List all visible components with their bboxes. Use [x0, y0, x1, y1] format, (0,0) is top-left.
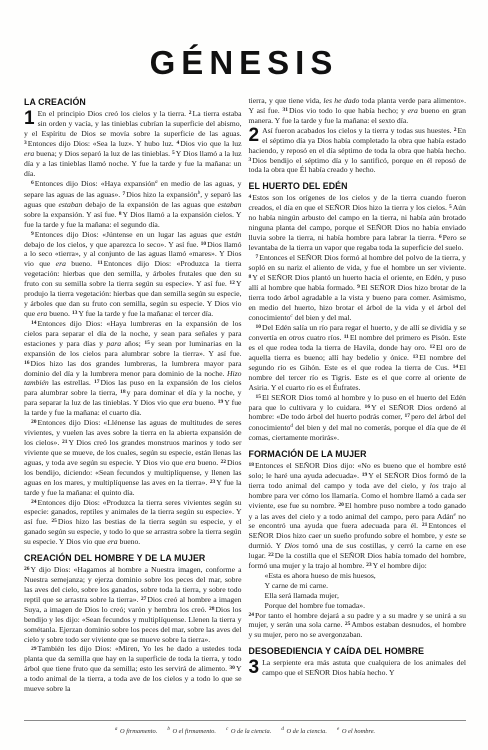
verse-number: 16: [24, 360, 30, 366]
supplied-word-italic: que están: [211, 230, 242, 239]
footnote-marker: e: [454, 512, 456, 518]
verse-number: 28: [209, 606, 215, 612]
verse-number: 22: [268, 552, 274, 558]
verse-number: 18: [249, 462, 255, 468]
verse-number: 24: [31, 499, 37, 505]
verse-number: 24: [249, 612, 255, 618]
supplied-word-italic: estaban: [218, 200, 242, 209]
verse-number: 8: [249, 274, 252, 280]
verse-number: 11: [97, 260, 102, 266]
verse-number: 10: [201, 241, 207, 247]
verse-number: 19: [218, 399, 224, 405]
section-heading: EL HUERTO DEL EDÉN: [249, 181, 467, 191]
supplied-word-italic: era: [408, 106, 418, 115]
verse-number: 12: [229, 280, 235, 286]
footnote: b O el firmamento.: [167, 728, 216, 735]
supplied-word-italic: este: [445, 531, 457, 540]
verse-paragraph: 26Y dijo Dios: «Hagamos al hombre a Nues…: [24, 565, 242, 644]
chapter-paragraph: 2Así fueron acabados los cielos y la tie…: [249, 126, 467, 176]
verse-number: 26: [24, 566, 30, 572]
supplied-word-italic: otros: [289, 333, 305, 342]
verse-number: 30: [229, 665, 235, 671]
verse-paragraph: 10Del Edén salía un río para regar el hu…: [249, 323, 467, 393]
verse-number: 15: [256, 394, 262, 400]
footnote-area: a O firmamento.b O el firmamento.c O de …: [24, 720, 466, 736]
verse-number: 5: [449, 204, 452, 210]
verse-number: 4: [249, 194, 252, 200]
poetry-line: «Esta es ahora hueso de mis huesos,: [265, 571, 467, 581]
footnote-divider: [24, 720, 466, 721]
verse-number: 14: [453, 364, 459, 370]
supplied-word-italic: los: [430, 481, 439, 490]
footnote-letter: c: [226, 726, 228, 732]
verse-number: 14: [31, 320, 37, 326]
verse-number: 9: [357, 284, 360, 290]
chapter-paragraph: 3La serpiente era más astuta que cualqui…: [249, 658, 467, 678]
chapter-number: 3: [249, 659, 260, 676]
footnote-line: a O firmamento.b O el firmamento.c O de …: [24, 725, 466, 736]
supplied-word-italic: era: [24, 149, 34, 158]
verse-number: 11: [344, 334, 349, 340]
footnote-letter: b: [167, 726, 170, 732]
footnote-marker: b: [198, 190, 201, 196]
supplied-word-italic: para: [107, 339, 122, 348]
footnote: c O de la ciencia.: [226, 728, 271, 735]
footnote-marker: d: [290, 423, 293, 429]
verse-number: 23: [210, 479, 216, 485]
left-column: LA CREACIÓN1En el principio Dios creó lo…: [24, 96, 242, 694]
supplied-word-italic: era: [56, 259, 66, 268]
poetry-block: «Esta es ahora hueso de mis huesos,Y car…: [265, 571, 467, 611]
verse-paragraph: 24Entonces dijo Dios: «Produzca la tierr…: [24, 498, 242, 548]
poetry-line: Ella será llamada mujer,: [265, 591, 467, 601]
verse-number: 8: [119, 211, 122, 217]
supplied-word-italic: era: [37, 309, 47, 318]
verse-number: 9: [31, 231, 34, 237]
verse-paragraph: 24Por tanto el hombre dejará a su padre …: [249, 611, 467, 641]
verse-number: 15: [144, 340, 150, 346]
verse-number: 2: [454, 127, 457, 133]
footnote: e O el hombre.: [337, 728, 375, 735]
verse-number: 10: [256, 324, 262, 330]
section-heading: DESOBEDIENCIA Y CAÍDA DEL HOMBRE: [249, 646, 467, 656]
verse-number: 7: [123, 191, 126, 197]
verse-paragraph: 14Entonces dijo Dios: «Haya lumbreras en…: [24, 319, 242, 418]
supplied-word-italic: Hizo también: [24, 369, 242, 388]
supplied-word-italic: Dios: [284, 541, 299, 550]
verse-number: 6: [439, 234, 442, 240]
verse-number: 3: [24, 140, 27, 146]
verse-number: 21: [62, 439, 68, 445]
verse-number: 17: [405, 413, 411, 419]
footnote-letter: d: [281, 726, 284, 732]
verse-number: 20: [31, 419, 37, 425]
supplied-word-italic: estaban: [58, 200, 82, 209]
chapter-number: 1: [24, 110, 35, 127]
verse-number: 12: [429, 344, 435, 350]
text-columns: LA CREACIÓN1En el principio Dios creó lo…: [0, 82, 488, 694]
verse-paragraph: 29También les dijo Dios: «Miren, Yo les …: [24, 644, 242, 694]
verse-number: 13: [72, 310, 78, 316]
poetry-line: Y carne de mi carne.: [265, 581, 467, 591]
verse-number: 22: [220, 459, 226, 465]
verse-number: 23: [366, 562, 372, 568]
verse-number: 3: [249, 157, 252, 163]
verse-number: 29: [31, 646, 37, 652]
verse-number: 31: [282, 107, 288, 113]
bible-page: GÉNESIS LA CREACIÓN1En el principio Dios…: [0, 0, 488, 750]
book-title: GÉNESIS: [0, 0, 488, 82]
section-heading: LA CREACIÓN: [24, 97, 242, 107]
verse-paragraph: 15El SEÑOR Dios tomó al hombre y lo puso…: [249, 393, 467, 443]
verse-number: 27: [141, 596, 147, 602]
verse-paragraph: 20Entonces dijo Dios: «Llénense las agua…: [24, 418, 242, 497]
verse-paragraph: 6Entonces dijo Dios: «Haya expansióna en…: [24, 178, 242, 229]
verse-number: 4: [176, 140, 179, 146]
footnote: a O firmamento.: [115, 728, 157, 735]
verse-number: 13: [413, 354, 419, 360]
verse-number: 21: [422, 522, 428, 528]
footnote-marker: a: [155, 179, 158, 185]
verse-number: 25: [345, 621, 351, 627]
verse-paragraph: 9Entonces dijo Dios: «Júntense en un lug…: [24, 230, 242, 319]
footnote-marker: c: [290, 313, 292, 319]
verse-number: 2: [189, 110, 192, 116]
verse-paragraph: tierra, y que tiene vida, les he dado to…: [249, 96, 467, 126]
right-column: tierra, y que tiene vida, les he dado to…: [249, 96, 467, 694]
section-heading: FORMACIÓN DE LA MUJER: [249, 449, 467, 459]
verse-number: 7: [256, 254, 259, 260]
verse-paragraph: 7Entonces el SEÑOR Dios formó al hombre …: [249, 253, 467, 323]
verse-number: 16: [365, 404, 371, 410]
verse-number: 25: [51, 518, 57, 524]
verse-paragraph: 18Entonces el SEÑOR Dios dijo: «No es bu…: [249, 461, 467, 571]
poetry-line: Porque del hombre fue tomada».: [265, 601, 467, 611]
supplied-word-italic: era: [107, 537, 117, 546]
verse-number: 18: [120, 389, 126, 395]
chapter-paragraph: 1En el principio Dios creó los cielos y …: [24, 109, 242, 178]
section-heading: CREACIÓN DEL HOMBRE Y DE LA MUJER: [24, 553, 242, 563]
verse-number: 19: [362, 472, 368, 478]
verse-paragraph: 4Estos son los orígenes de los cielos y …: [249, 193, 467, 253]
footnote-letter: e: [337, 726, 339, 732]
verse-number: 6: [31, 180, 34, 186]
supplied-word-italic: les he dado: [323, 96, 359, 105]
footnote-letter: a: [115, 726, 118, 732]
chapter-number: 2: [249, 127, 260, 144]
verse-number: 20: [338, 502, 344, 508]
supplied-word-italic: era: [182, 398, 192, 407]
verse-number: 17: [94, 379, 100, 385]
footnote: d O de la ciencia.: [281, 728, 327, 735]
supplied-word-italic: era: [185, 458, 195, 467]
verse-number: 5: [172, 150, 175, 156]
